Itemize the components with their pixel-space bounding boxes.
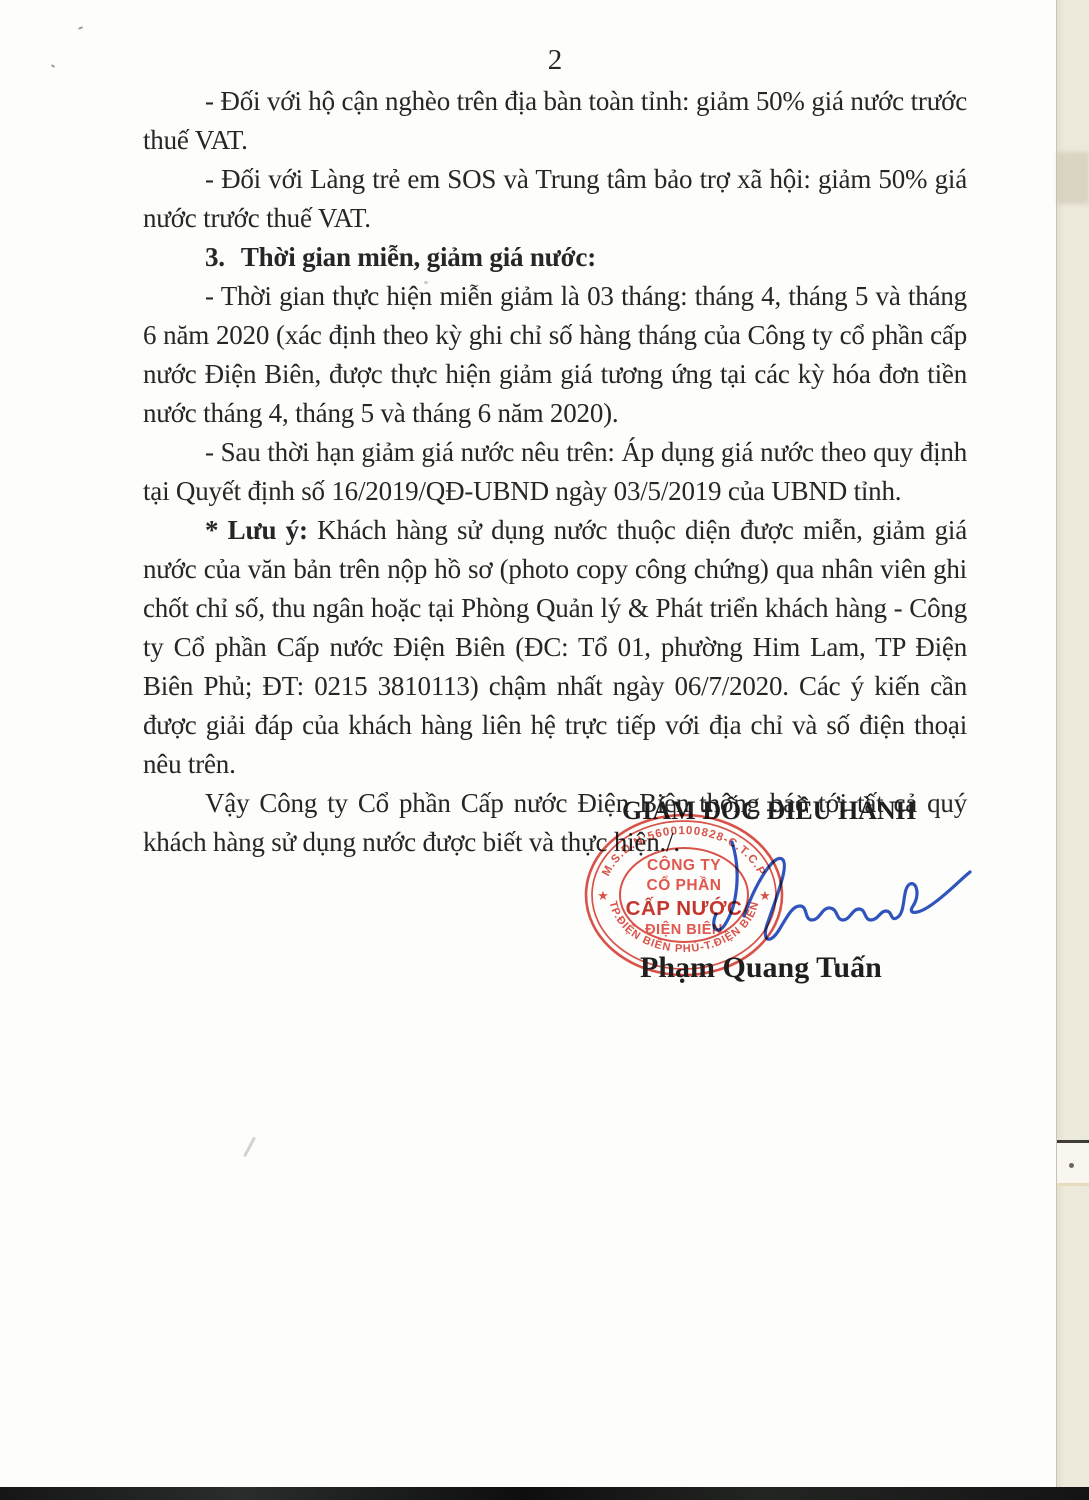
paragraph-luu-y: * Lưu ý: Khách hàng sử dụng nước thuộc d… [143,511,967,784]
signer-name: Phạm Quang Tuấn [640,951,882,985]
paragraph-thoi-gian-thuc-hien: - Thời gian thực hiện miễn giảm là 03 th… [143,277,967,433]
section-3-title: Thời gian miễn, giảm giá nước: [241,242,596,272]
section-3-heading: 3.Thời gian miễn, giảm giá nước: [143,238,967,277]
paragraph-sau-thoi-han: - Sau thời hạn giảm giá nước nêu trên: Á… [143,433,967,511]
paragraph-ho-can-ngheo: - Đối với hộ cận nghèo trên địa bàn toàn… [143,82,967,160]
note-label: * Lưu ý: [205,515,308,545]
scan-edge-strip [1056,0,1089,1500]
signature-stroke [714,842,737,930]
paragraph-lang-tre-em: - Đối với Làng trẻ em SOS và Trung tâm b… [143,160,967,238]
scan-bottom-bar [0,1487,1089,1500]
document-body: - Đối với hộ cận nghèo trên địa bàn toàn… [143,82,967,862]
scan-edge-line [1057,1183,1089,1186]
note-text: Khách hàng sử dụng nước thuộc diện được … [143,515,967,779]
scanned-document-page: 2 - Đối với hộ cận nghèo trên địa bàn to… [0,0,1089,1500]
scan-speck [51,64,55,68]
signature-stroke [744,858,970,939]
scan-smear [243,1137,256,1158]
scan-speck [78,26,83,30]
page-number: 2 [143,44,967,77]
handwritten-signature [688,826,980,958]
scan-speck [424,281,428,284]
scan-smudge [1057,152,1089,204]
scan-speck [1069,1163,1074,1168]
star-icon: ★ [597,888,609,903]
section-3-number: 3. [205,242,225,272]
